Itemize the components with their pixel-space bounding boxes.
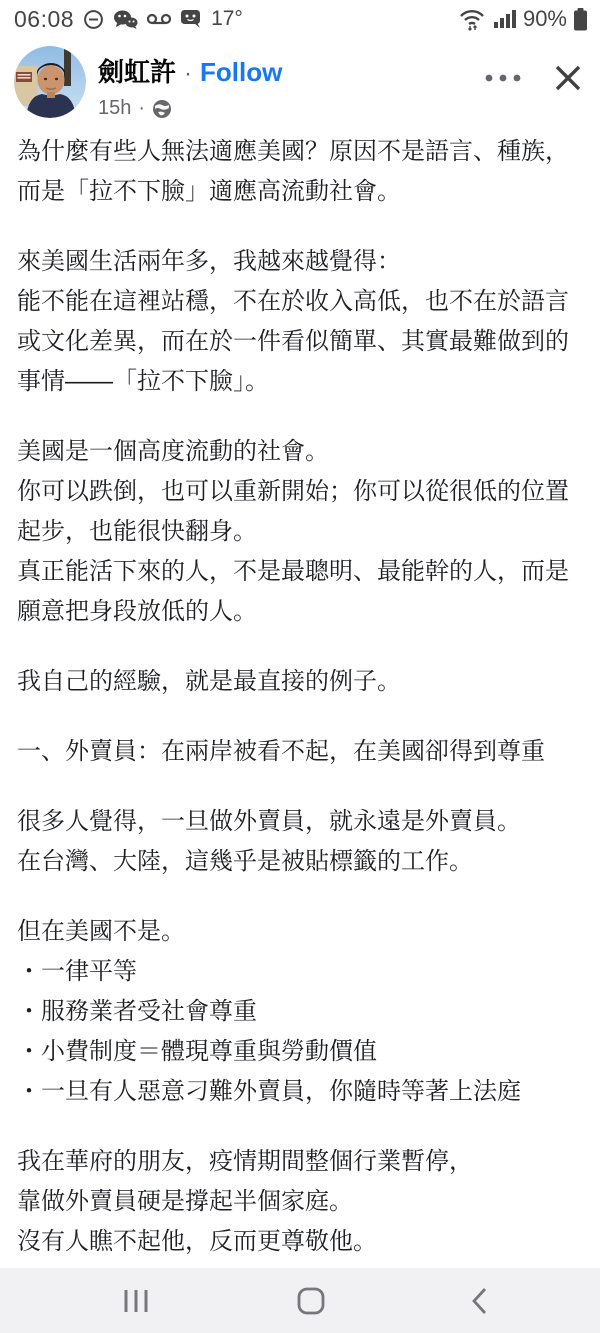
- battery-icon: [573, 8, 588, 31]
- more-options-button[interactable]: [480, 70, 526, 86]
- wechat-icon: [113, 10, 138, 29]
- author-name[interactable]: 劍虹許: [98, 52, 176, 89]
- post-paragraph: 來美國生活兩年多，我越來越覺得： 能不能在這裡站穩，不在於收入高低，也不在於語言…: [17, 242, 583, 402]
- post-paragraph: 美國是一個高度流動的社會。 你可以跌倒，也可以重新開始；你可以從很低的位置起步，…: [17, 432, 583, 632]
- signal-strength-icon: [494, 10, 517, 28]
- post-paragraph: 我在華府的朋友，疫情期間整個行業暫停， 靠做外賣員硬是撐起半個家庭。 沒有人瞧不…: [17, 1142, 583, 1262]
- post-paragraph: 為什麼有些人無法適應美國？原因不是語言、種族，而是「拉不下臉」適應高流動社會。: [17, 132, 583, 212]
- post-body: 為什麼有些人無法適應美國？原因不是語言、種族，而是「拉不下臉」適應高流動社會。來…: [0, 118, 600, 1262]
- follow-button[interactable]: Follow: [200, 57, 282, 88]
- home-button[interactable]: [296, 1286, 326, 1316]
- battery-percent: 90%: [523, 6, 567, 32]
- temperature: 17°: [211, 7, 243, 31]
- wifi-icon: [458, 8, 488, 31]
- name-separator-dot: ·: [184, 60, 192, 88]
- voicemail-icon: [147, 13, 171, 25]
- post-timestamp: 15h: [98, 97, 131, 120]
- post-paragraph: 很多人覺得，一旦做外賣員，就永遠是外賣員。 在台灣、大陸，這幾乎是被貼標籤的工作…: [17, 802, 583, 882]
- post-paragraph: 我自己的經驗，就是最直接的例子。: [17, 662, 583, 702]
- messages-icon: [180, 9, 202, 29]
- recents-button[interactable]: [120, 1287, 152, 1315]
- post-header: 劍虹許 · Follow 15h ·: [0, 36, 600, 118]
- status-bar: 06:08: [0, 0, 600, 36]
- post-paragraph: 一、外賣員：在兩岸被看不起，在美國卻得到尊重: [17, 732, 583, 772]
- post-paragraph: 但在美國不是。 ・一律平等 ・服務業者受社會尊重 ・小費制度＝體現尊重與勞動價值…: [17, 912, 583, 1112]
- android-nav-bar: [0, 1268, 600, 1333]
- clock: 06:08: [14, 6, 74, 33]
- close-icon[interactable]: [550, 60, 586, 96]
- avatar[interactable]: [14, 46, 86, 118]
- back-button[interactable]: [470, 1286, 488, 1316]
- globe-public-icon: [152, 99, 172, 119]
- meta-separator-dot: ·: [138, 97, 145, 120]
- do-not-disturb-icon: [83, 9, 104, 30]
